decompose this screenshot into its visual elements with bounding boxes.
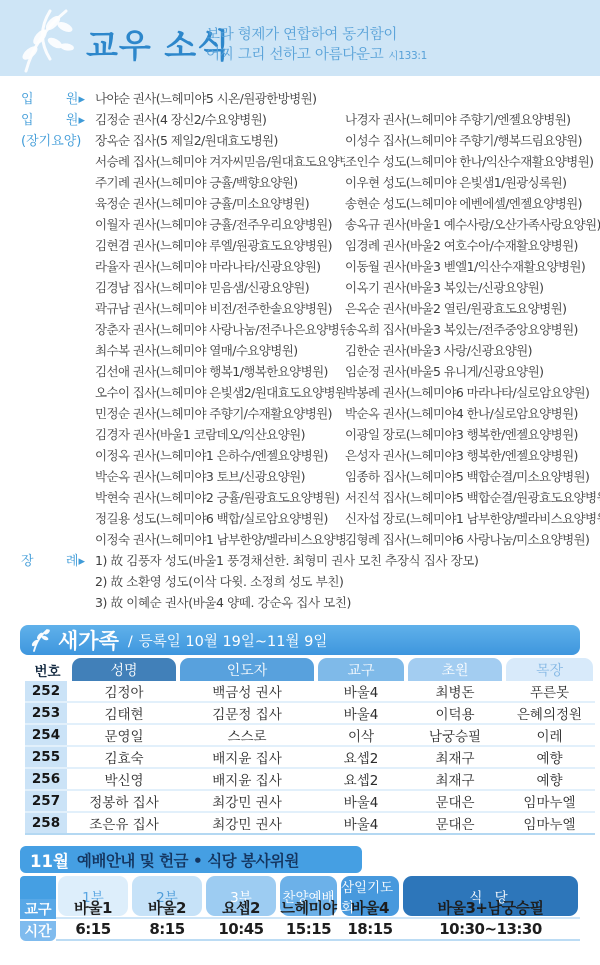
- member-entry-left: 곽규남 권사(느헤미야 비전/전주한솔요양병원): [95, 299, 345, 317]
- member-entry-left: 민정순 권사(느헤미야 주향기/수재활요양병원): [95, 404, 345, 422]
- funeral-news-row: 장례▸1) 故 김풍자 성도(바울1 풍경채선한. 최형미 권사 모친 추장식 …: [0, 549, 600, 570]
- column-header: 교구: [318, 658, 404, 681]
- member-news-row: 주기례 권사(느헤미야 긍휼/백향요양원)이우현 성도(느헤미야 은빛샘1/원광…: [0, 171, 600, 192]
- member-entry-left: 김경남 집사(느헤미야 믿음샘/신광요양원): [95, 278, 345, 296]
- member-entry-left: 최수복 권사(느헤미야 열매/수요양병원): [95, 341, 345, 359]
- row-number: 255: [25, 747, 70, 767]
- table-cell: 남궁승필: [406, 725, 504, 745]
- member-news-row: 장춘자 권사(느헤미야 사랑나눔/전주나은요양병원)송옥희 집사(바울3 복있는…: [0, 318, 600, 339]
- table-cell: 이삭: [316, 725, 406, 745]
- table-cell: 예향: [504, 747, 595, 767]
- table-cell: 바울2: [130, 897, 204, 919]
- table-cell: 은혜의정원: [504, 703, 595, 723]
- funeral-entry: 3) 故 이혜순 권사(바울4 양떼. 강순옥 집사 모친): [95, 593, 600, 611]
- news-category-label: 장례▸: [21, 550, 95, 569]
- member-entry-right: 임경례 권사(바울2 여호수아/수재활요양병원): [345, 236, 600, 254]
- row-number: 257: [25, 791, 70, 811]
- time-row: 시간6:158:1510:4515:1518:1510:30~13:30: [20, 919, 580, 941]
- table-cell: 10:45: [204, 919, 278, 941]
- member-entry-right: 서진석 집사(느헤미야5 백합순결/원광효도요양병원): [345, 488, 600, 506]
- row-number: 256: [25, 769, 70, 789]
- service-month: 11월: [30, 848, 69, 872]
- branch-icon: [10, 3, 80, 75]
- row-number: 252: [25, 681, 70, 701]
- member-entry-right: 은성자 권사(느헤미야3 행복한/엔젤요양병원): [345, 446, 600, 464]
- table-cell: 김문정 집사: [178, 703, 316, 723]
- row-number: 254: [25, 725, 70, 745]
- member-entry-left: 김현겸 권사(느헤미야 루엘/원광효도요양병원): [95, 236, 345, 254]
- member-news-row: 민정순 권사(느헤미야 주향기/수재활요양병원)박순옥 권사(느헤미야4 한나/…: [0, 402, 600, 423]
- table-cell: 백금성 권사: [178, 681, 316, 701]
- member-news-row: 육정순 권사(느헤미야 긍휼/미소요양병원)송현순 성도(느헤미야 에벤에셀/엔…: [0, 192, 600, 213]
- member-news-row: 이정숙 권사(느헤미야1 남부한양/벨라비스요양병원)김형례 집사(느헤미야6 …: [0, 528, 600, 549]
- table-cell: 바울1: [56, 897, 130, 919]
- new-family-subtitle: /등록일 10월 19일~11월 9일: [128, 630, 328, 651]
- member-news-row: 서승례 집사(느헤미야 겨자씨믿음/원대효도요양병원)조인수 성도(느헤미야 한…: [0, 150, 600, 171]
- news-category-label: 입원▸: [21, 88, 95, 107]
- table-cell: 요셉2: [316, 747, 406, 767]
- member-entry-left: 육정순 권사(느헤미야 긍휼/미소요양병원): [95, 194, 345, 212]
- service-section: 11월 예배안내 및 헌금 • 식당 봉사위원 1부2부3부찬양예배삼일기도회식…: [0, 846, 600, 941]
- table-cell: 문대은: [406, 791, 504, 811]
- member-news-row: 김현겸 권사(느헤미야 루엘/원광효도요양병원)임경례 권사(바울2 여호수아/…: [0, 234, 600, 255]
- verse-line2: 어찌 그리 선하고 아름다운고시133:1: [206, 45, 427, 66]
- member-entry-right: 송현순 성도(느헤미야 에벤에셀/엔젤요양병원): [345, 194, 600, 212]
- member-entry-right: 박순옥 권사(느헤미야4 한나/실로암요양병원): [345, 404, 600, 422]
- table-cell: 박신영: [70, 769, 178, 789]
- table-cell: 김태현: [70, 703, 178, 723]
- table-cell: 18:15: [339, 919, 401, 941]
- table-cell: 최병돈: [406, 681, 504, 701]
- new-family-table-header: 번호성명인도자교구초원목장: [25, 658, 595, 681]
- new-family-table: 번호성명인도자교구초원목장252김정아백금성 권사바울4최병돈푸른못253김태현…: [25, 658, 595, 835]
- table-cell: 느헤미야: [278, 897, 339, 919]
- table-cell: 정봉하 집사: [70, 791, 178, 811]
- member-entry-left: 나야순 권사(느헤미야5 시온/원광한방병원): [95, 89, 345, 107]
- member-news-row: 김경자 권사(바울1 코람데오/익산요양원)이광일 장로(느헤미야3 행복한/엔…: [0, 423, 600, 444]
- table-cell: 김정아: [70, 681, 178, 701]
- member-entry-left: 박순옥 권사(느헤미야3 토브/신광요양원): [95, 467, 345, 485]
- table-cell: 최재구: [406, 769, 504, 789]
- member-entry-left: 서승례 집사(느헤미야 겨자씨믿음/원대효도요양병원): [95, 152, 345, 170]
- news-category-label: (장기요양): [21, 130, 95, 149]
- member-news-row: 이월자 권사(느헤미야 긍휼/전주우리요양병원)송옥규 권사(바울1 예수사랑/…: [0, 213, 600, 234]
- member-news-row: 오수이 집사(느헤미야 은빛샘2/원대효도요양병원)박봉례 권사(느헤미야6 마…: [0, 381, 600, 402]
- member-entry-right: 김형례 집사(느헤미야6 사랑나눔/미소요양병원): [345, 530, 600, 548]
- member-entry-left: 이정옥 권사(느헤미야1 은하수/엔젤요양병원): [95, 446, 345, 464]
- member-entry-right: 박봉례 권사(느헤미야6 마라나타/실로암요양원): [345, 383, 600, 401]
- table-row: 256박신영배지윤 집사요셉2최재구예향: [25, 769, 595, 791]
- district-row: 교구바울1바울2요셉2느헤미야바울4바울3+남궁승필: [20, 897, 580, 919]
- member-entry-right: 조인수 성도(느헤미야 한나/익산수재활요양병원): [345, 152, 600, 170]
- table-cell: 바울4: [316, 791, 406, 811]
- header-banner: 교우 소식 보라 형제가 연합하여 동거함이 어찌 그리 선하고 아름다운고시1…: [0, 0, 600, 76]
- member-news-row: 라율자 권사(느헤미야 마라나타/신광요양원)이동월 권사(바울3 벧엘1/익산…: [0, 255, 600, 276]
- table-cell: 15:15: [278, 919, 339, 941]
- service-table: 1부2부3부찬양예배삼일기도회식 당교구바울1바울2요셉2느헤미야바울4바울3+…: [20, 876, 580, 941]
- verse: 보라 형제가 연합하여 동거함이 어찌 그리 선하고 아름다운고시133:1: [206, 25, 427, 66]
- row-label: 시간: [20, 921, 56, 941]
- table-cell: 8:15: [130, 919, 204, 941]
- member-news-row: 정길용 성도(느헤미야6 백합/실로암요양병원)신자섭 장로(느헤미야1 남부한…: [0, 507, 600, 528]
- table-cell: 바울3+남궁승필: [401, 897, 580, 919]
- member-news-row: 최수복 권사(느헤미야 열매/수요양병원)김한순 권사(바울3 사랑/신광요양원…: [0, 339, 600, 360]
- member-entry-right: 이광일 장로(느헤미야3 행복한/엔젤요양병원): [345, 425, 600, 443]
- member-news-row: 입원▸김정순 권사(4 장신2/수요양병원)나경자 권사(느헤미야 주향기/엔젤…: [0, 108, 600, 129]
- service-table-header: 1부2부3부찬양예배삼일기도회식 당: [20, 876, 580, 897]
- table-cell: 문대은: [406, 813, 504, 833]
- leaf-icon: [28, 627, 52, 653]
- column-header: 목장: [506, 658, 593, 681]
- member-entry-right: 이옥기 권사(바울3 복있는/신광요양원): [345, 278, 600, 296]
- row-number: 258: [25, 813, 70, 833]
- table-row: 254문영일스스로이삭남궁승필이레: [25, 725, 595, 747]
- member-news-row: 이정옥 권사(느헤미야1 은하수/엔젤요양병원)은성자 권사(느헤미야3 행복한…: [0, 444, 600, 465]
- member-news-row: 입원▸나야순 권사(느헤미야5 시온/원광한방병원): [0, 87, 600, 108]
- column-header: 초원: [408, 658, 502, 681]
- new-family-header: 새가족 /등록일 10월 19일~11월 9일: [20, 625, 580, 655]
- table-cell: 이레: [504, 725, 595, 745]
- table-row: 258조은유 집사최강민 권사바울4문대은임마누엘: [25, 813, 595, 835]
- member-news-row: 김경남 집사(느헤미야 믿음샘/신광요양원)이옥기 권사(바울3 복있는/신광요…: [0, 276, 600, 297]
- table-row: 252김정아백금성 권사바울4최병돈푸른못: [25, 681, 595, 703]
- row-number: 253: [25, 703, 70, 723]
- funeral-entry: 2) 故 소환영 성도(이삭 다윗. 소정희 성도 부친): [95, 572, 600, 590]
- member-news-row: 박순옥 권사(느헤미야3 토브/신광요양원)임종하 집사(느헤미야5 백합순결/…: [0, 465, 600, 486]
- member-entry-left: 장춘자 권사(느헤미야 사랑나눔/전주나은요양병원): [95, 320, 345, 338]
- column-header: 성명: [72, 658, 176, 681]
- member-entry-right: 신자섭 장로(느헤미야1 남부한양/벨라비스요양병원): [345, 509, 600, 527]
- table-cell: 바울4: [339, 897, 401, 919]
- member-entry-right: 송옥규 권사(바울1 예수사랑/오산가족사랑요양원): [345, 215, 600, 233]
- column-header: 번호: [25, 658, 70, 681]
- member-news-row: 곽규남 권사(느헤미야 비전/전주한솔요양병원)은옥순 권사(바울2 열린/원광…: [0, 297, 600, 318]
- new-family-section: 새가족 /등록일 10월 19일~11월 9일 번호성명인도자교구초원목장252…: [0, 625, 600, 835]
- service-title: 예배안내 및 헌금 • 식당 봉사위원: [77, 849, 299, 871]
- member-entry-left: 박현숙 권사(느헤미야2 긍휼/원광효도요양병원): [95, 488, 345, 506]
- column-header: 인도자: [180, 658, 314, 681]
- member-news-row: 박현숙 권사(느헤미야2 긍휼/원광효도요양병원)서진석 집사(느헤미야5 백합…: [0, 486, 600, 507]
- member-news-list: 입원▸나야순 권사(느헤미야5 시온/원광한방병원)입원▸김정순 권사(4 장신…: [0, 76, 600, 612]
- table-cell: 요셉2: [204, 897, 278, 919]
- member-entry-left: 김선애 권사(느헤미야 행복1/행복한요양병원): [95, 362, 345, 380]
- funeral-news-row: 3) 故 이혜순 권사(바울4 양떼. 강순옥 집사 모친): [0, 591, 600, 612]
- member-entry-right: 송옥희 집사(바울3 복있는/전주중앙요양병원): [345, 320, 600, 338]
- bulletin-page: 교우 소식 보라 형제가 연합하여 동거함이 어찌 그리 선하고 아름다운고시1…: [0, 0, 600, 941]
- table-row: 255김효숙배지윤 집사요셉2최재구예향: [25, 747, 595, 769]
- member-entry-right: 임순정 권사(바울5 유니게/신광요양원): [345, 362, 600, 380]
- service-header: 11월 예배안내 및 헌금 • 식당 봉사위원: [20, 846, 362, 873]
- member-entry-left: 주기례 권사(느헤미야 긍휼/백향요양원): [95, 173, 345, 191]
- member-entry-right: 이우현 성도(느헤미야 은빛샘1/원광싱록원): [345, 173, 600, 191]
- table-row: 257정봉하 집사최강민 권사바울4문대은임마누엘: [25, 791, 595, 813]
- member-entry-left: 김정순 권사(4 장신2/수요양병원): [95, 110, 345, 128]
- table-cell: 10:30~13:30: [401, 919, 580, 941]
- member-news-row: 김선애 권사(느헤미야 행복1/행복한요양병원)임순정 권사(바울5 유니게/신…: [0, 360, 600, 381]
- table-row: 253김태현김문정 집사바울4이덕용은혜의정원: [25, 703, 595, 725]
- member-entry-right: 김한순 권사(바울3 사랑/신광요양원): [345, 341, 600, 359]
- table-cell: 예향: [504, 769, 595, 789]
- funeral-news-row: 2) 故 소환영 성도(이삭 다윗. 소정희 성도 부친): [0, 570, 600, 591]
- table-cell: 최재구: [406, 747, 504, 767]
- member-entry-left: 이정숙 권사(느헤미야1 남부한양/벨라비스요양병원): [95, 530, 345, 548]
- table-cell: 6:15: [56, 919, 130, 941]
- member-entry-left: 라율자 권사(느헤미야 마라나타/신광요양원): [95, 257, 345, 275]
- table-cell: 바울4: [316, 703, 406, 723]
- verse-ref: 시133:1: [388, 50, 427, 62]
- member-entry-right: 나경자 권사(느헤미야 주향기/엔젤요양병원): [345, 110, 600, 128]
- table-cell: 조은유 집사: [70, 813, 178, 833]
- member-entry-right: 이동월 권사(바울3 벧엘1/익산수재활요양병원): [345, 257, 600, 275]
- table-cell: 바울4: [316, 681, 406, 701]
- table-cell: 배지윤 집사: [178, 747, 316, 767]
- row-label: 교구: [20, 899, 56, 919]
- table-cell: 바울4: [316, 813, 406, 833]
- member-entry-right: 임종하 집사(느헤미야5 백합순결/미소요양병원): [345, 467, 600, 485]
- member-entry-right: 이성수 집사(느헤미야 주향기/행복드림요양원): [345, 131, 600, 149]
- table-cell: 최강민 권사: [178, 813, 316, 833]
- table-cell: 스스로: [178, 725, 316, 745]
- table-cell: 배지윤 집사: [178, 769, 316, 789]
- table-cell: 임마누엘: [504, 813, 595, 833]
- table-cell: 임마누엘: [504, 791, 595, 811]
- table-cell: 문영일: [70, 725, 178, 745]
- funeral-entry: 1) 故 김풍자 성도(바울1 풍경채선한. 최형미 권사 모친 추장식 집사 …: [95, 551, 600, 569]
- member-news-row: (장기요양)장옥순 집사(5 제일2/원대효도병원)이성수 집사(느헤미야 주향…: [0, 129, 600, 150]
- table-cell: 푸른못: [504, 681, 595, 701]
- table-cell: 요셉2: [316, 769, 406, 789]
- table-cell: 이덕용: [406, 703, 504, 723]
- news-category-label: 입원▸: [21, 109, 95, 128]
- member-entry-right: 은옥순 권사(바울2 열린/원광효도요양병원): [345, 299, 600, 317]
- member-entry-left: 정길용 성도(느헤미야6 백합/실로암요양병원): [95, 509, 345, 527]
- member-entry-left: 장옥순 집사(5 제일2/원대효도병원): [95, 131, 345, 149]
- member-entry-left: 김경자 권사(바울1 코람데오/익산요양원): [95, 425, 345, 443]
- new-family-title: 새가족: [58, 625, 119, 655]
- verse-line1: 보라 형제가 연합하여 동거함이: [206, 25, 427, 45]
- table-cell: 최강민 권사: [178, 791, 316, 811]
- member-entry-left: 오수이 집사(느헤미야 은빛샘2/원대효도요양병원): [95, 383, 345, 401]
- member-entry-left: 이월자 권사(느헤미야 긍휼/전주우리요양병원): [95, 215, 345, 233]
- table-cell: 김효숙: [70, 747, 178, 767]
